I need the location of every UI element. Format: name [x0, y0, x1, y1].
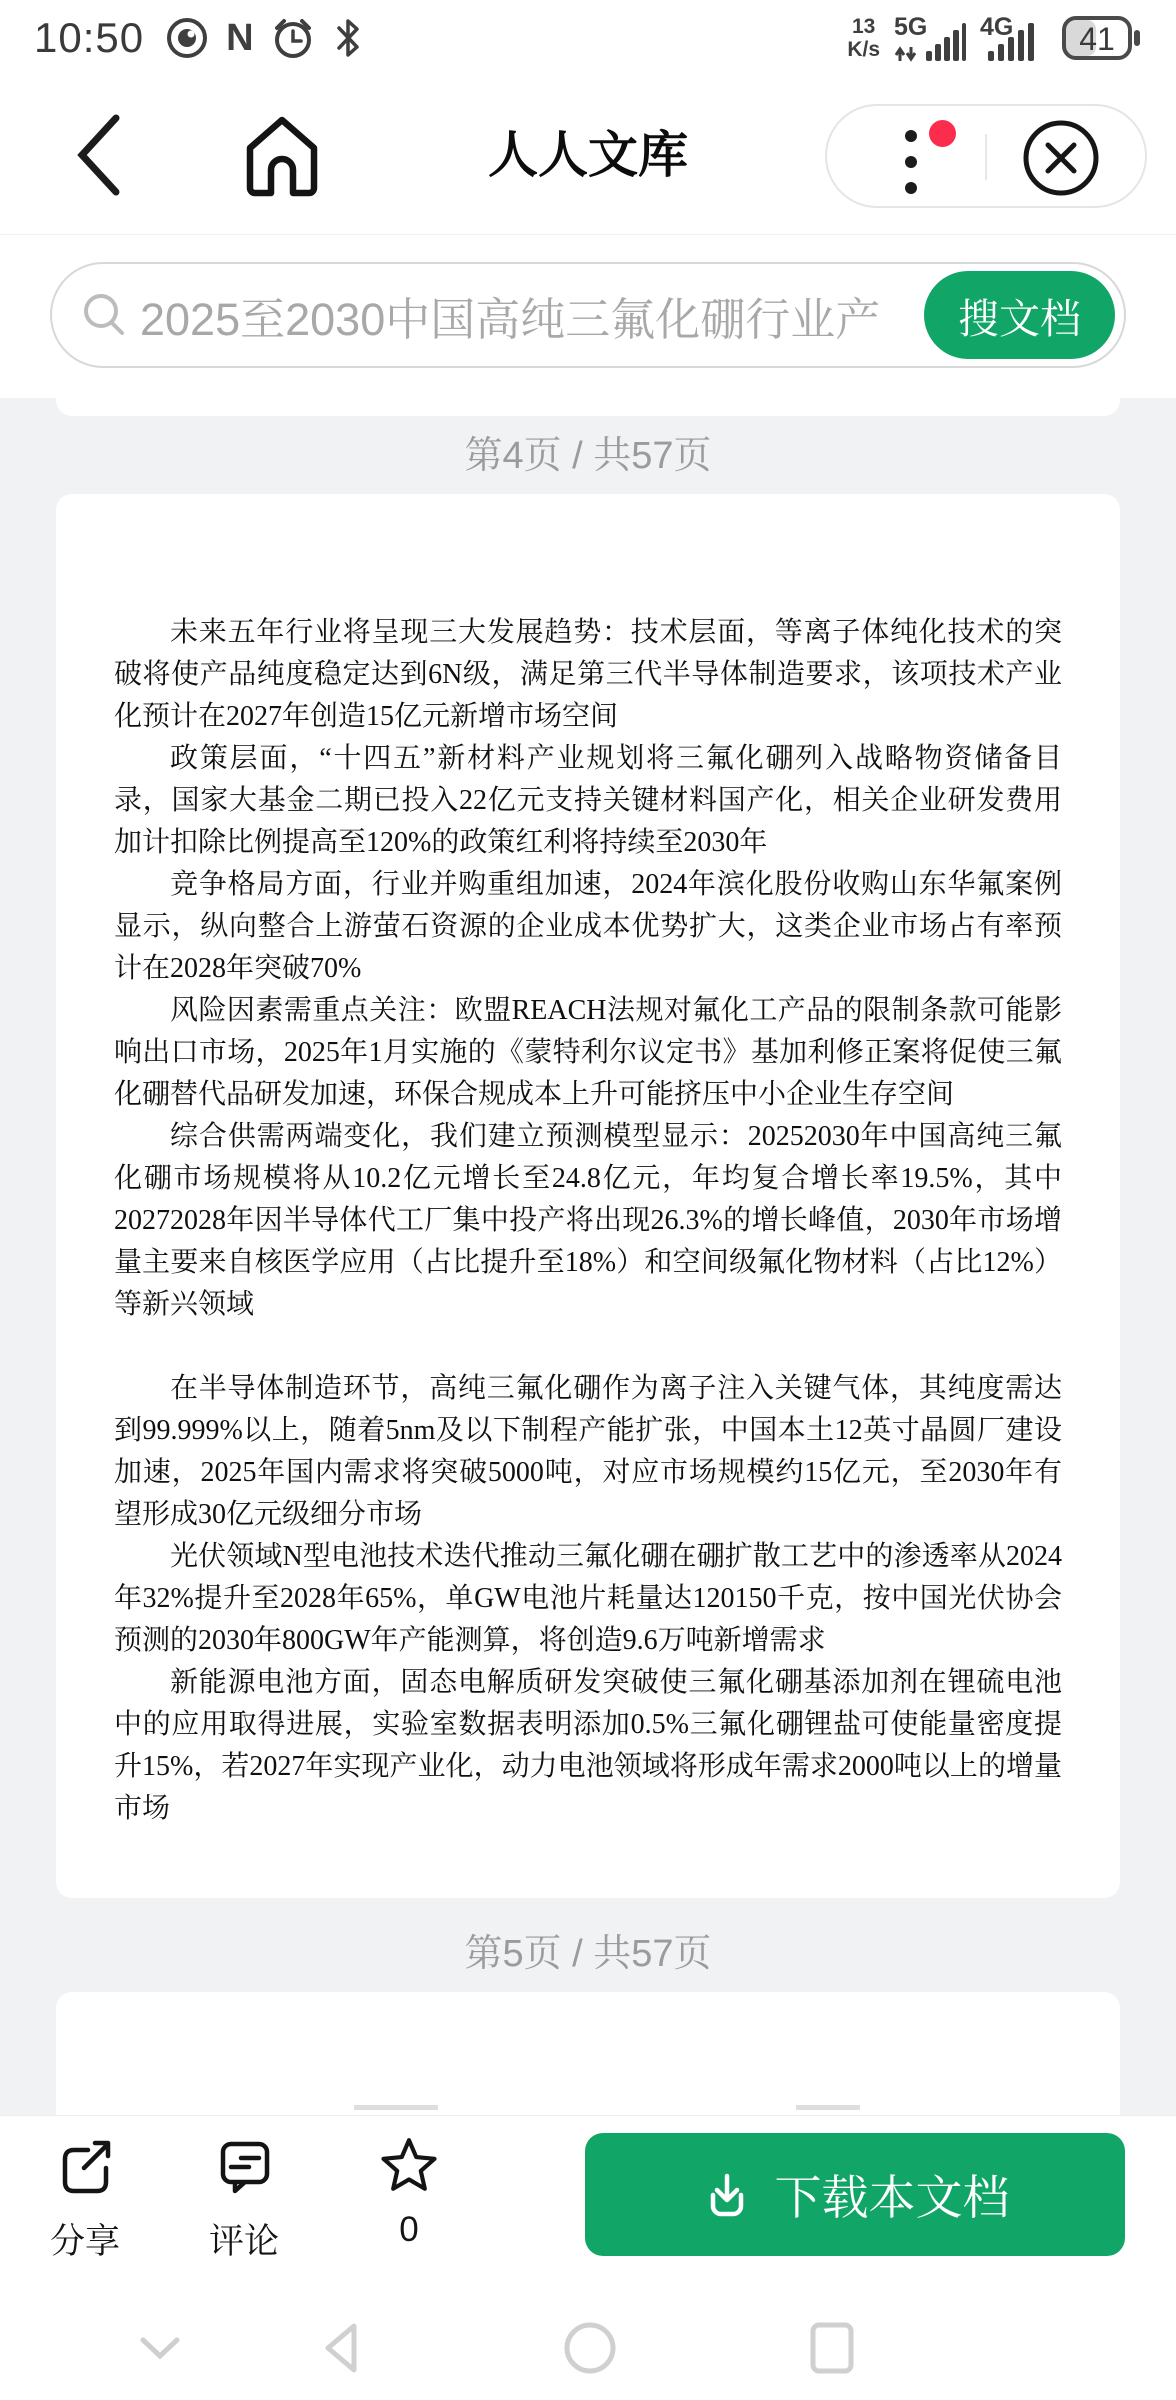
notification-badge [929, 120, 956, 147]
nfc-icon: N [226, 16, 253, 60]
document-paragraph: 光伏领域N型电池技术迭代推动三氟化硼在硼扩散工艺中的渗透率从2024年32%提升… [114, 1536, 1062, 1662]
page-4-card: 未来五年行业将呈现三大发展趋势：技术层面，等离子体纯化技术的突破将使产品纯度稳定… [56, 494, 1120, 1898]
page-5-indicator: 第5页 / 共57页 [0, 1922, 1176, 1977]
share-button[interactable]: 分享 [15, 2134, 155, 2264]
status-bar: 10:50 N 13 K/s [0, 0, 1176, 76]
hide-navbar-button[interactable] [125, 2295, 195, 2400]
page-5-card [56, 1992, 1120, 2115]
network-speed: 13 K/s [847, 15, 880, 61]
android-navigation-bar [0, 2295, 1176, 2400]
nav-bar: 人人文库 [0, 76, 1176, 234]
home-button[interactable] [240, 112, 324, 200]
download-button[interactable]: 下载本文档 [585, 2133, 1125, 2256]
clipped-text-fragment [796, 2105, 860, 2110]
android-home-button[interactable] [555, 2295, 625, 2400]
document-paragraph: 风险因素需重点关注：欧盟REACH法规对氟化工产品的限制条款可能影响出口市场，2… [114, 990, 1062, 1116]
svg-text:4G: 4G [980, 13, 1013, 41]
back-button[interactable] [66, 108, 136, 202]
android-back-button[interactable] [305, 2295, 375, 2400]
bluetooth-icon [332, 15, 364, 61]
bottom-toolbar: 分享 评论 0 下载本文档 [0, 2115, 1176, 2295]
clipped-text-fragment [354, 2105, 438, 2110]
status-left-icons: N [164, 15, 363, 61]
signal-5g-icon: 5G [894, 11, 966, 65]
close-icon [1019, 116, 1103, 200]
document-paragraph: 竞争格局方面，行业并购重组加速，2024年滨化股份收购山东华氟案例显示，纵向整合… [114, 864, 1062, 990]
document-paragraph: 未来五年行业将呈现三大发展趋势：技术层面，等离子体纯化技术的突破将使产品纯度稳定… [114, 612, 1062, 738]
page-3-card-bottom [56, 398, 1120, 416]
back-triangle-icon [318, 2320, 362, 2376]
comment-icon [213, 2134, 275, 2200]
close-button[interactable] [1019, 116, 1103, 200]
search-icon [80, 290, 130, 340]
status-right-icons: 13 K/s 5G 4G [847, 11, 1142, 65]
page-4-indicator: 第4页 / 共57页 [0, 424, 1176, 479]
search-doc-button[interactable]: 搜文档 [924, 271, 1115, 359]
home-circle-icon [562, 2320, 618, 2376]
chevron-down-icon [138, 2335, 182, 2361]
home-icon [240, 112, 324, 200]
eye-protection-icon [164, 15, 210, 61]
search-input[interactable]: 2025至2030中国高纯三氟化硼行业产 搜文档 [50, 262, 1126, 368]
search-section: 2025至2030中国高纯三氟化硼行业产 搜文档 [0, 234, 1176, 398]
star-icon [378, 2134, 440, 2196]
recents-square-icon [807, 2320, 857, 2376]
comment-label: 评论 [174, 2214, 314, 2264]
alarm-icon [270, 15, 316, 61]
document-paragraph: 政策层面，“十四五”新材料产业规划将三氟化硼列入战略物资储备目录，国家大基金二期… [114, 738, 1062, 864]
favorite-button[interactable]: 0 [339, 2134, 479, 2250]
clock-time: 10:50 [34, 14, 144, 62]
comment-button[interactable]: 评论 [174, 2134, 314, 2264]
capsule-divider [985, 134, 987, 180]
document-paragraph: 在半导体制造环节，高纯三氟化硼作为离子注入关键气体，其纯度需达到99.999%以… [114, 1368, 1062, 1536]
favorite-count: 0 [339, 2210, 479, 2250]
capsule-menu [825, 104, 1147, 208]
android-recents-button[interactable] [797, 2295, 867, 2400]
download-label: 下载本文档 [775, 2161, 1010, 2228]
svg-text:41: 41 [1079, 21, 1115, 57]
document-paragraph: 综合供需两端变化，我们建立预测模型显示：20252030年中国高纯三氟化硼市场规… [114, 1116, 1062, 1326]
download-icon [701, 2169, 753, 2221]
svg-text:5G: 5G [894, 13, 927, 41]
share-label: 分享 [15, 2214, 155, 2264]
document-text: 未来五年行业将呈现三大发展趋势：技术层面，等离子体纯化技术的突破将使产品纯度稳定… [114, 612, 1062, 1830]
document-paragraph: 新能源电池方面，固态电解质研发突破使三氟化硼基添加剂在锂硫电池中的应用取得进展，… [114, 1662, 1062, 1830]
share-icon [54, 2134, 116, 2200]
signal-4g-icon: 4G [980, 11, 1048, 65]
battery-icon: 41 [1062, 13, 1142, 63]
